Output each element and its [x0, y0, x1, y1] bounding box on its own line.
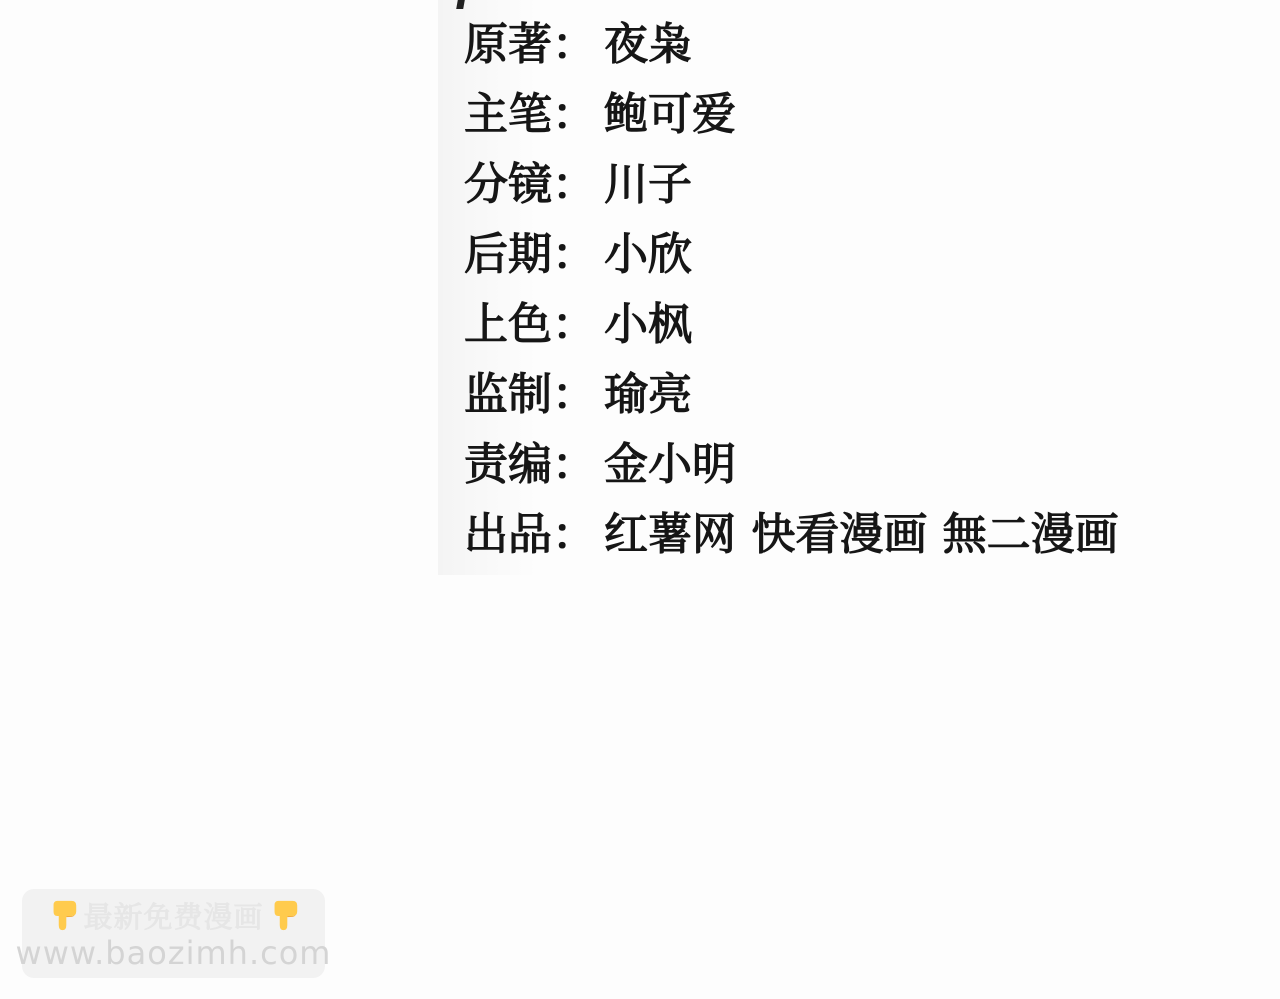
credit-separator: ： — [552, 303, 596, 347]
credit-line-coloring: 上色：小枫 — [464, 290, 1119, 360]
watermark-box: 最新免费漫画 www.baozimh.com — [22, 889, 325, 978]
watermark-title: 最新免费漫画 — [83, 895, 263, 936]
credit-separator: ： — [552, 23, 596, 67]
credit-line-post-production: 后期：小欣 — [464, 220, 1119, 290]
comic-credits-page: 原著：夜枭 主笔：鲍可爱 分镜：川子 后期：小欣 上色：小枫 监制：瑜亮 责编：… — [0, 0, 1280, 999]
credit-line-original-author: 原著：夜枭 — [464, 10, 1119, 80]
credit-separator: ： — [552, 93, 596, 137]
credit-label: 分镜 — [464, 163, 552, 207]
credit-label: 责编 — [464, 443, 552, 487]
credit-separator: ： — [552, 233, 596, 277]
credit-separator: ： — [552, 373, 596, 417]
credits-block: 原著：夜枭 主笔：鲍可爱 分镜：川子 后期：小欣 上色：小枫 监制：瑜亮 责编：… — [464, 10, 1119, 570]
credit-value: 红薯网 快看漫画 無二漫画 — [604, 513, 1119, 557]
credit-label: 后期 — [464, 233, 552, 277]
credit-line-supervisor: 监制：瑜亮 — [464, 360, 1119, 430]
credit-label: 主笔 — [464, 93, 552, 137]
credit-value: 金小明 — [604, 443, 736, 487]
cropped-glyph-fragment — [456, 0, 465, 9]
credit-value: 鲍可爱 — [604, 93, 736, 137]
credit-value: 小欣 — [604, 233, 692, 277]
watermark-url: www.baozimh.com — [16, 936, 332, 971]
pointing-down-icon — [267, 899, 301, 933]
watermark-title-row: 最新免费漫画 — [46, 896, 300, 936]
credit-label: 上色 — [464, 303, 552, 347]
pointing-down-icon — [46, 899, 80, 933]
credit-value: 瑜亮 — [604, 373, 692, 417]
credit-label: 出品 — [464, 513, 552, 557]
credit-line-storyboard: 分镜：川子 — [464, 150, 1119, 220]
credit-separator: ： — [552, 163, 596, 207]
credit-line-publisher: 出品：红薯网 快看漫画 無二漫画 — [464, 500, 1119, 570]
credit-line-lead-artist: 主笔：鲍可爱 — [464, 80, 1119, 150]
credit-value: 川子 — [604, 163, 692, 207]
credit-line-editor: 责编：金小明 — [464, 430, 1119, 500]
credit-label: 原著 — [464, 23, 552, 67]
credit-label: 监制 — [464, 373, 552, 417]
credit-value: 小枫 — [604, 303, 692, 347]
credit-separator: ： — [552, 443, 596, 487]
credit-value: 夜枭 — [604, 23, 692, 67]
credit-separator: ： — [552, 513, 596, 557]
